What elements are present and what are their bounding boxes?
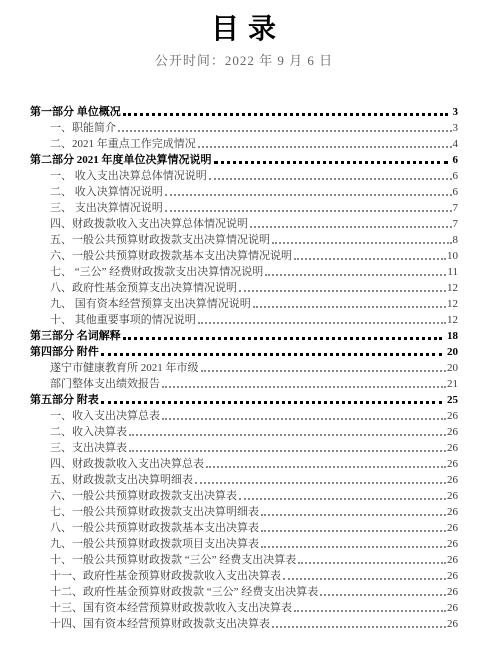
toc-leader-dots <box>206 466 446 468</box>
toc-entry-page: 26 <box>447 409 458 423</box>
toc-entry[interactable]: 第一部分 单位概况 3 <box>30 103 458 119</box>
toc-entry-page: 26 <box>447 425 458 439</box>
toc-entry-title: 三、支出决算表 <box>50 441 127 455</box>
toc-entry-title: 二、收入决算表 <box>50 425 127 439</box>
toc-entry-page: 3 <box>453 121 459 135</box>
publish-date: 公开时间：2022 年 9 月 6 日 <box>30 52 458 70</box>
toc-entry-page: 18 <box>443 329 458 343</box>
toc-entry-title: 二、 收入决算情况说明 <box>50 185 163 199</box>
toc-entry-page: 26 <box>447 601 458 615</box>
toc-entry[interactable]: 遂宁市健康教育所 2021 年市级 20 <box>30 359 458 375</box>
toc-entry[interactable]: 二、 收入决算情况说明 6 <box>30 183 458 199</box>
toc-entry-page: 11 <box>447 265 458 279</box>
toc-entry-title: 十一、政府性基金预算财政拨款收入支出决算表 <box>50 569 281 583</box>
document-page: 目 录 公开时间：2022 年 9 月 6 日 第一部分 单位概况 3 一、职能… <box>0 0 485 649</box>
toc-entry-page: 12 <box>447 281 458 295</box>
toc-entry-title: 五、财政拨款支出决算明细表 <box>50 473 193 487</box>
toc-entry-page: 26 <box>447 585 458 599</box>
toc-entry-title: 十、 其他重要事项的情况说明 <box>50 313 196 327</box>
toc-leader-dots <box>298 562 446 564</box>
toc-entry-title: 一、收入支出决算总表 <box>50 409 160 423</box>
toc-leader-dots <box>261 530 446 532</box>
toc-leader-dots <box>283 578 446 580</box>
toc-entry[interactable]: 十三、国有资本经营预算财政拨款收入支出决算表 26 <box>30 599 458 615</box>
toc-leader-dots <box>261 546 446 548</box>
page-title: 目 录 <box>30 12 458 48</box>
toc-entry[interactable]: 七、 “三公” 经费财政拨款支出决算情况说明 11 <box>30 263 458 279</box>
toc-entry-page: 12 <box>447 313 458 327</box>
toc-leader-dots <box>239 498 446 500</box>
toc-leader-dots <box>265 274 446 276</box>
toc-entry[interactable]: 二、2021 年重点工作完成情况 4 <box>30 135 458 151</box>
toc-entry[interactable]: 二、收入决算表 26 <box>30 423 458 439</box>
toc-leader-dots <box>195 482 446 484</box>
toc-leader-dots <box>261 514 446 516</box>
toc-entry[interactable]: 一、职能简介 3 <box>30 119 458 135</box>
toc-leader-dots <box>214 161 448 164</box>
toc-entry-page: 20 <box>443 345 458 359</box>
toc-entry-title: 遂宁市健康教育所 2021 年市级 <box>50 361 199 375</box>
toc-leader-dots <box>165 210 452 212</box>
toc-entry-page: 26 <box>447 473 458 487</box>
toc-entry-title: 第五部分 附表 <box>30 393 99 407</box>
toc-entry-page: 6 <box>449 153 459 167</box>
toc-entry[interactable]: 十一、政府性基金预算财政拨款收入支出决算表 26 <box>30 567 458 583</box>
toc-entry-page: 7 <box>453 217 459 231</box>
toc-leader-dots <box>129 434 446 436</box>
toc-entry-title: 一、 收入支出决算总体情况说明 <box>50 169 207 183</box>
toc-leader-dots <box>162 418 446 420</box>
toc-entry-page: 26 <box>447 457 458 471</box>
toc-entry[interactable]: 十二、政府性基金预算财政拨款 “三公” 经费支出决算表 26 <box>30 583 458 599</box>
toc-entry-title: 第三部分 名词解释 <box>30 329 121 343</box>
toc-entry-page: 20 <box>447 361 458 375</box>
toc-leader-dots <box>272 242 452 244</box>
toc-entry[interactable]: 第五部分 附表 25 <box>30 391 458 407</box>
toc-entry-title: 七、 “三公” 经费财政拨款支出决算情况说明 <box>50 265 263 279</box>
toc-entry-page: 26 <box>447 521 458 535</box>
toc-leader-dots <box>294 258 446 260</box>
toc-entry[interactable]: 一、收入支出决算总表 26 <box>30 407 458 423</box>
toc-entry-title: 第四部分 附件 <box>30 345 99 359</box>
toc-entry-title: 第二部分 2021 年度单位决算情况说明 <box>30 153 212 167</box>
toc-list: 第一部分 单位概况 3 一、职能简介 3 二、2021 年重点工作完成情况 4 … <box>30 103 458 631</box>
toc-entry-title: 五、一般公共预算财政拨款支出决算情况说明 <box>50 233 270 247</box>
toc-entry[interactable]: 九、一般公共预算财政拨款项目支出决算表 26 <box>30 535 458 551</box>
toc-entry[interactable]: 五、一般公共预算财政拨款支出决算情况说明 8 <box>30 231 458 247</box>
toc-entry[interactable]: 九、 国有资本经营预算支出决算情况说明 12 <box>30 295 458 311</box>
toc-leader-dots <box>253 306 446 308</box>
toc-leader-dots <box>201 370 447 372</box>
toc-entry-page: 6 <box>453 185 459 199</box>
toc-entry-page: 3 <box>449 105 459 119</box>
toc-entry-page: 26 <box>447 617 458 631</box>
toc-entry-title: 部门整体支出绩效报告 <box>50 377 160 391</box>
toc-entry[interactable]: 四、财政拨款收入支出决算总体情况说明 7 <box>30 215 458 231</box>
toc-leader-dots <box>118 130 452 132</box>
toc-entry[interactable]: 四、财政拨款收入支出决算总表 26 <box>30 455 458 471</box>
toc-entry[interactable]: 八、一般公共预算财政拨款基本支出决算表 26 <box>30 519 458 535</box>
toc-leader-dots <box>123 337 442 340</box>
toc-entry-title: 十三、国有资本经营预算财政拨款收入支出决算表 <box>50 601 292 615</box>
toc-entry[interactable]: 六、一般公共预算财政拨款支出决算表 26 <box>30 487 458 503</box>
toc-entry-page: 21 <box>447 377 458 391</box>
toc-entry[interactable]: 三、 支出决算情况说明 7 <box>30 199 458 215</box>
toc-entry-title: 四、财政拨款收入支出决算总体情况说明 <box>50 217 248 231</box>
toc-entry-title: 四、财政拨款收入支出决算总表 <box>50 457 204 471</box>
toc-entry-title: 一、职能简介 <box>50 121 116 135</box>
toc-leader-dots <box>272 626 446 628</box>
toc-entry-page: 26 <box>447 553 458 567</box>
toc-entry-title: 十四、国有资本经营预算财政拨款支出决算表 <box>50 617 270 631</box>
toc-entry-page: 26 <box>447 441 458 455</box>
toc-entry[interactable]: 部门整体支出绩效报告 21 <box>30 375 458 391</box>
toc-entry[interactable]: 三、支出决算表 26 <box>30 439 458 455</box>
toc-leader-dots <box>209 178 452 180</box>
toc-entry-page: 25 <box>443 393 458 407</box>
toc-entry[interactable]: 十四、国有资本经营预算财政拨款支出决算表 26 <box>30 615 458 631</box>
toc-entry-page: 6 <box>453 169 459 183</box>
toc-entry[interactable]: 第三部分 名词解释 18 <box>30 327 458 343</box>
toc-leader-dots <box>198 322 446 324</box>
toc-leader-dots <box>162 386 446 388</box>
toc-entry-page: 26 <box>447 569 458 583</box>
toc-entry-page: 4 <box>453 137 459 151</box>
toc-leader-dots <box>101 401 442 404</box>
toc-entry-page: 26 <box>447 489 458 503</box>
toc-entry-title: 八、政府性基金预算支出决算情况说明 <box>50 281 237 295</box>
toc-entry-page: 26 <box>447 505 458 519</box>
toc-entry[interactable]: 六、一般公共预算财政拨款基本支出决算情况说明 10 <box>30 247 458 263</box>
toc-entry-title: 三、 支出决算情况说明 <box>50 201 163 215</box>
toc-entry[interactable]: 五、财政拨款支出决算明细表 26 <box>30 471 458 487</box>
toc-entry-title: 九、一般公共预算财政拨款项目支出决算表 <box>50 537 259 551</box>
toc-entry[interactable]: 七、一般公共预算财政拨款支出决算明细表 26 <box>30 503 458 519</box>
toc-leader-dots <box>250 226 452 228</box>
toc-entry-title: 十、一般公共预算财政拨款 “三公” 经费支出决算表 <box>50 553 296 567</box>
toc-entry-page: 7 <box>453 201 459 215</box>
toc-entry-title: 九、 国有资本经营预算支出决算情况说明 <box>50 297 251 311</box>
toc-entry-page: 8 <box>453 233 459 247</box>
toc-entry-title: 八、一般公共预算财政拨款基本支出决算表 <box>50 521 259 535</box>
toc-leader-dots <box>294 610 446 612</box>
toc-entry-page: 12 <box>447 297 458 311</box>
toc-entry[interactable]: 十、一般公共预算财政拨款 “三公” 经费支出决算表 26 <box>30 551 458 567</box>
toc-entry-title: 第一部分 单位概况 <box>30 105 121 119</box>
toc-leader-dots <box>320 594 446 596</box>
toc-leader-dots <box>198 146 452 148</box>
toc-entry[interactable]: 八、政府性基金预算支出决算情况说明 12 <box>30 279 458 295</box>
toc-entry[interactable]: 一、 收入支出决算总体情况说明 6 <box>30 167 458 183</box>
toc-entry-page: 26 <box>447 537 458 551</box>
toc-entry-title: 六、一般公共预算财政拨款支出决算表 <box>50 489 237 503</box>
toc-entry-title: 二、2021 年重点工作完成情况 <box>50 137 196 151</box>
toc-entry[interactable]: 第四部分 附件 20 <box>30 343 458 359</box>
toc-leader-dots <box>239 290 446 292</box>
toc-entry[interactable]: 十、 其他重要事项的情况说明 12 <box>30 311 458 327</box>
toc-leader-dots <box>165 194 452 196</box>
toc-leader-dots <box>123 113 448 116</box>
toc-entry-title: 七、一般公共预算财政拨款支出决算明细表 <box>50 505 259 519</box>
toc-leader-dots <box>101 353 442 356</box>
toc-entry-page: 10 <box>447 249 458 263</box>
toc-leader-dots <box>129 450 446 452</box>
toc-entry-title: 六、一般公共预算财政拨款基本支出决算情况说明 <box>50 249 292 263</box>
toc-entry-title: 十二、政府性基金预算财政拨款 “三公” 经费支出决算表 <box>50 585 318 599</box>
toc-entry[interactable]: 第二部分 2021 年度单位决算情况说明 6 <box>30 151 458 167</box>
